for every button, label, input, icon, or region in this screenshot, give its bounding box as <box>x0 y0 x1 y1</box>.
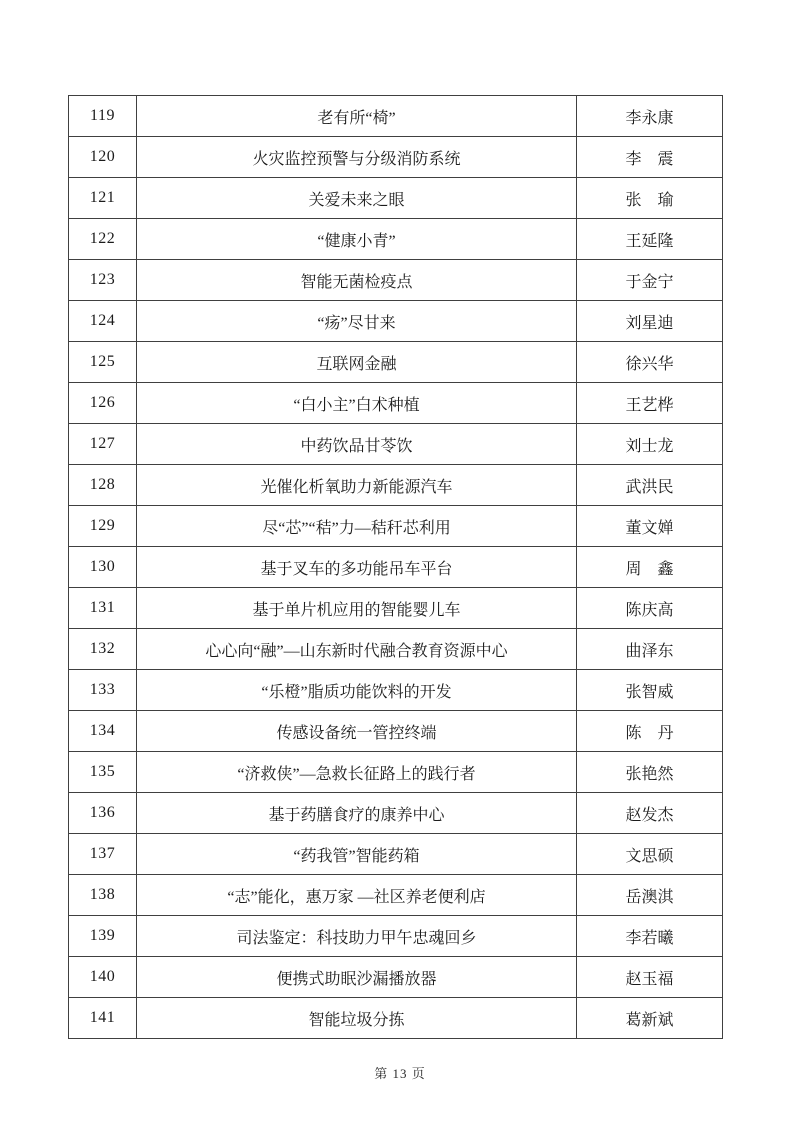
project-title-cell: 互联网金融 <box>137 342 577 383</box>
row-number-cell: 141 <box>69 998 137 1039</box>
project-title-cell: “药我管”智能药箱 <box>137 834 577 875</box>
author-name-cell: 张 瑜 <box>577 178 723 219</box>
table-row: 123智能无菌检疫点于金宁 <box>69 260 723 301</box>
author-name-cell: 陈 丹 <box>577 711 723 752</box>
table-row: 125互联网金融徐兴华 <box>69 342 723 383</box>
table-row: 124“疡”尽甘来刘星迪 <box>69 301 723 342</box>
project-title-cell: 基于单片机应用的智能婴儿车 <box>137 588 577 629</box>
project-title-cell: “白小主”白术种植 <box>137 383 577 424</box>
author-name-cell: 董文婵 <box>577 506 723 547</box>
author-name-cell: 岳澳淇 <box>577 875 723 916</box>
row-number-cell: 133 <box>69 670 137 711</box>
project-title-cell: 智能无菌检疫点 <box>137 260 577 301</box>
project-title-cell: “济救侠”—急救长征路上的践行者 <box>137 752 577 793</box>
table-row: 133“乐橙”脂质功能饮料的开发张智威 <box>69 670 723 711</box>
project-title-cell: 司法鉴定：科技助力甲午忠魂回乡 <box>137 916 577 957</box>
author-name-cell: 张艳然 <box>577 752 723 793</box>
table-row: 127中药饮品甘苓饮刘士龙 <box>69 424 723 465</box>
project-title-cell: 基于药膳食疗的康养中心 <box>137 793 577 834</box>
project-title-cell: 便携式助眠沙漏播放器 <box>137 957 577 998</box>
row-number-cell: 125 <box>69 342 137 383</box>
row-number-cell: 138 <box>69 875 137 916</box>
row-number-cell: 130 <box>69 547 137 588</box>
row-number-cell: 122 <box>69 219 137 260</box>
project-title-cell: “志”能化，惠万家 —社区养老便利店 <box>137 875 577 916</box>
table-row: 122“健康小青”王延隆 <box>69 219 723 260</box>
project-title-cell: 光催化析氧助力新能源汽车 <box>137 465 577 506</box>
row-number-cell: 124 <box>69 301 137 342</box>
author-name-cell: 陈庆高 <box>577 588 723 629</box>
project-title-cell: “乐橙”脂质功能饮料的开发 <box>137 670 577 711</box>
row-number-cell: 127 <box>69 424 137 465</box>
author-name-cell: 张智威 <box>577 670 723 711</box>
table-row: 139司法鉴定：科技助力甲午忠魂回乡李若曦 <box>69 916 723 957</box>
project-title-cell: 传感设备统一管控终端 <box>137 711 577 752</box>
table-row: 138“志”能化，惠万家 —社区养老便利店岳澳淇 <box>69 875 723 916</box>
author-name-cell: 李若曦 <box>577 916 723 957</box>
project-title-cell: 智能垃圾分拣 <box>137 998 577 1039</box>
project-title-cell: “健康小青” <box>137 219 577 260</box>
project-title-cell: 火灾监控预警与分级消防系统 <box>137 137 577 178</box>
project-title-cell: 基于叉车的多功能吊车平台 <box>137 547 577 588</box>
author-name-cell: 葛新斌 <box>577 998 723 1039</box>
row-number-cell: 123 <box>69 260 137 301</box>
row-number-cell: 121 <box>69 178 137 219</box>
author-name-cell: 刘士龙 <box>577 424 723 465</box>
author-name-cell: 赵玉福 <box>577 957 723 998</box>
row-number-cell: 137 <box>69 834 137 875</box>
author-name-cell: 武洪民 <box>577 465 723 506</box>
author-name-cell: 曲泽东 <box>577 629 723 670</box>
author-name-cell: 周 鑫 <box>577 547 723 588</box>
row-number-cell: 119 <box>69 96 137 137</box>
project-title-cell: 尽“芯”“秸”力—秸秆芯利用 <box>137 506 577 547</box>
author-name-cell: 李永康 <box>577 96 723 137</box>
table-row: 136基于药膳食疗的康养中心赵发杰 <box>69 793 723 834</box>
project-title-cell: 老有所“椅” <box>137 96 577 137</box>
row-number-cell: 131 <box>69 588 137 629</box>
row-number-cell: 140 <box>69 957 137 998</box>
table-row: 121关爱未来之眼张 瑜 <box>69 178 723 219</box>
table-row: 131基于单片机应用的智能婴儿车陈庆高 <box>69 588 723 629</box>
project-title-cell: “疡”尽甘来 <box>137 301 577 342</box>
table-body: 119老有所“椅”李永康120火灾监控预警与分级消防系统李 震121关爱未来之眼… <box>69 96 723 1039</box>
project-title-cell: 心心向“融”—山东新时代融合教育资源中心 <box>137 629 577 670</box>
row-number-cell: 139 <box>69 916 137 957</box>
row-number-cell: 120 <box>69 137 137 178</box>
row-number-cell: 132 <box>69 629 137 670</box>
row-number-cell: 136 <box>69 793 137 834</box>
table-row: 141智能垃圾分拣葛新斌 <box>69 998 723 1039</box>
row-number-cell: 128 <box>69 465 137 506</box>
table-row: 132心心向“融”—山东新时代融合教育资源中心曲泽东 <box>69 629 723 670</box>
author-name-cell: 于金宁 <box>577 260 723 301</box>
table-row: 130基于叉车的多功能吊车平台周 鑫 <box>69 547 723 588</box>
author-name-cell: 王延隆 <box>577 219 723 260</box>
project-list-table: 119老有所“椅”李永康120火灾监控预警与分级消防系统李 震121关爱未来之眼… <box>68 95 723 1039</box>
author-name-cell: 刘星迪 <box>577 301 723 342</box>
page-number: 第 13 页 <box>0 1063 800 1082</box>
project-title-cell: 中药饮品甘苓饮 <box>137 424 577 465</box>
table-row: 119老有所“椅”李永康 <box>69 96 723 137</box>
project-title-cell: 关爱未来之眼 <box>137 178 577 219</box>
table-row: 134传感设备统一管控终端陈 丹 <box>69 711 723 752</box>
table-row: 120火灾监控预警与分级消防系统李 震 <box>69 137 723 178</box>
table-row: 135“济救侠”—急救长征路上的践行者张艳然 <box>69 752 723 793</box>
table-row: 140便携式助眠沙漏播放器赵玉福 <box>69 957 723 998</box>
row-number-cell: 135 <box>69 752 137 793</box>
author-name-cell: 文思硕 <box>577 834 723 875</box>
table-row: 128光催化析氧助力新能源汽车武洪民 <box>69 465 723 506</box>
author-name-cell: 王艺桦 <box>577 383 723 424</box>
author-name-cell: 徐兴华 <box>577 342 723 383</box>
author-name-cell: 赵发杰 <box>577 793 723 834</box>
table-row: 129尽“芯”“秸”力—秸秆芯利用董文婵 <box>69 506 723 547</box>
document-page: 119老有所“椅”李永康120火灾监控预警与分级消防系统李 震121关爱未来之眼… <box>0 0 800 1131</box>
row-number-cell: 134 <box>69 711 137 752</box>
row-number-cell: 129 <box>69 506 137 547</box>
author-name-cell: 李 震 <box>577 137 723 178</box>
table-row: 126“白小主”白术种植王艺桦 <box>69 383 723 424</box>
table-row: 137“药我管”智能药箱文思硕 <box>69 834 723 875</box>
row-number-cell: 126 <box>69 383 137 424</box>
